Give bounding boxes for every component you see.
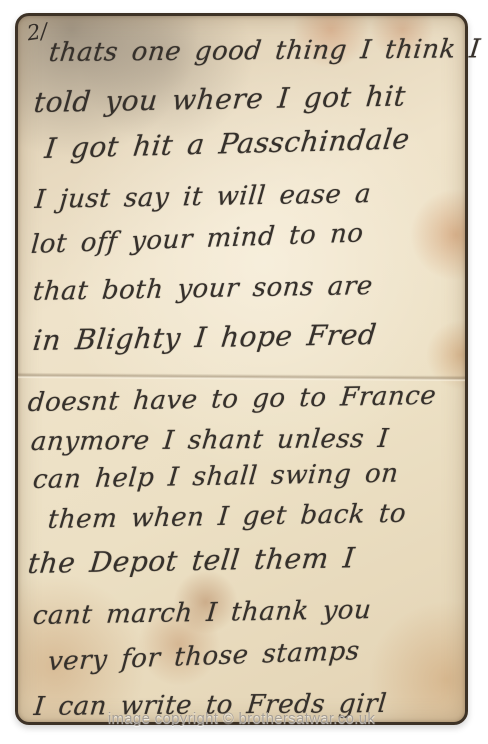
handwriting-line: doesnt have to go to France	[27, 381, 438, 418]
handwriting-line: anymore I shant unless I	[30, 424, 391, 457]
handwriting-line: told you where I got hit	[33, 80, 408, 119]
handwriting-line: cant march I thank you	[32, 595, 373, 631]
handwriting-line: thats one good thing I think I	[47, 34, 482, 68]
handwriting-line: I got hit a Passchindale	[43, 122, 411, 165]
handwriting-line: I just say it will ease a	[34, 179, 373, 215]
fold-crease-line	[18, 372, 465, 381]
handwriting-line: in Blighty I hope Fred	[31, 318, 378, 357]
handwriting-line: them when I get back to	[47, 499, 408, 535]
handwriting-line: lot off your mind to no	[30, 218, 365, 260]
handwriting-line: very for those stamps	[47, 636, 361, 677]
scan-background: 2/ thats one good thing I think I told y…	[0, 0, 488, 744]
handwriting-line: can help I shall swing on	[32, 459, 400, 495]
watermark: image copyright © brothersatwar.co.uk	[18, 710, 465, 727]
handwriting-line: the Depot tell them I	[26, 541, 356, 580]
page-number: 2/	[25, 19, 49, 46]
handwriting-line: that both your sons are	[32, 271, 374, 307]
letter-paper: 2/ thats one good thing I think I told y…	[15, 13, 468, 725]
